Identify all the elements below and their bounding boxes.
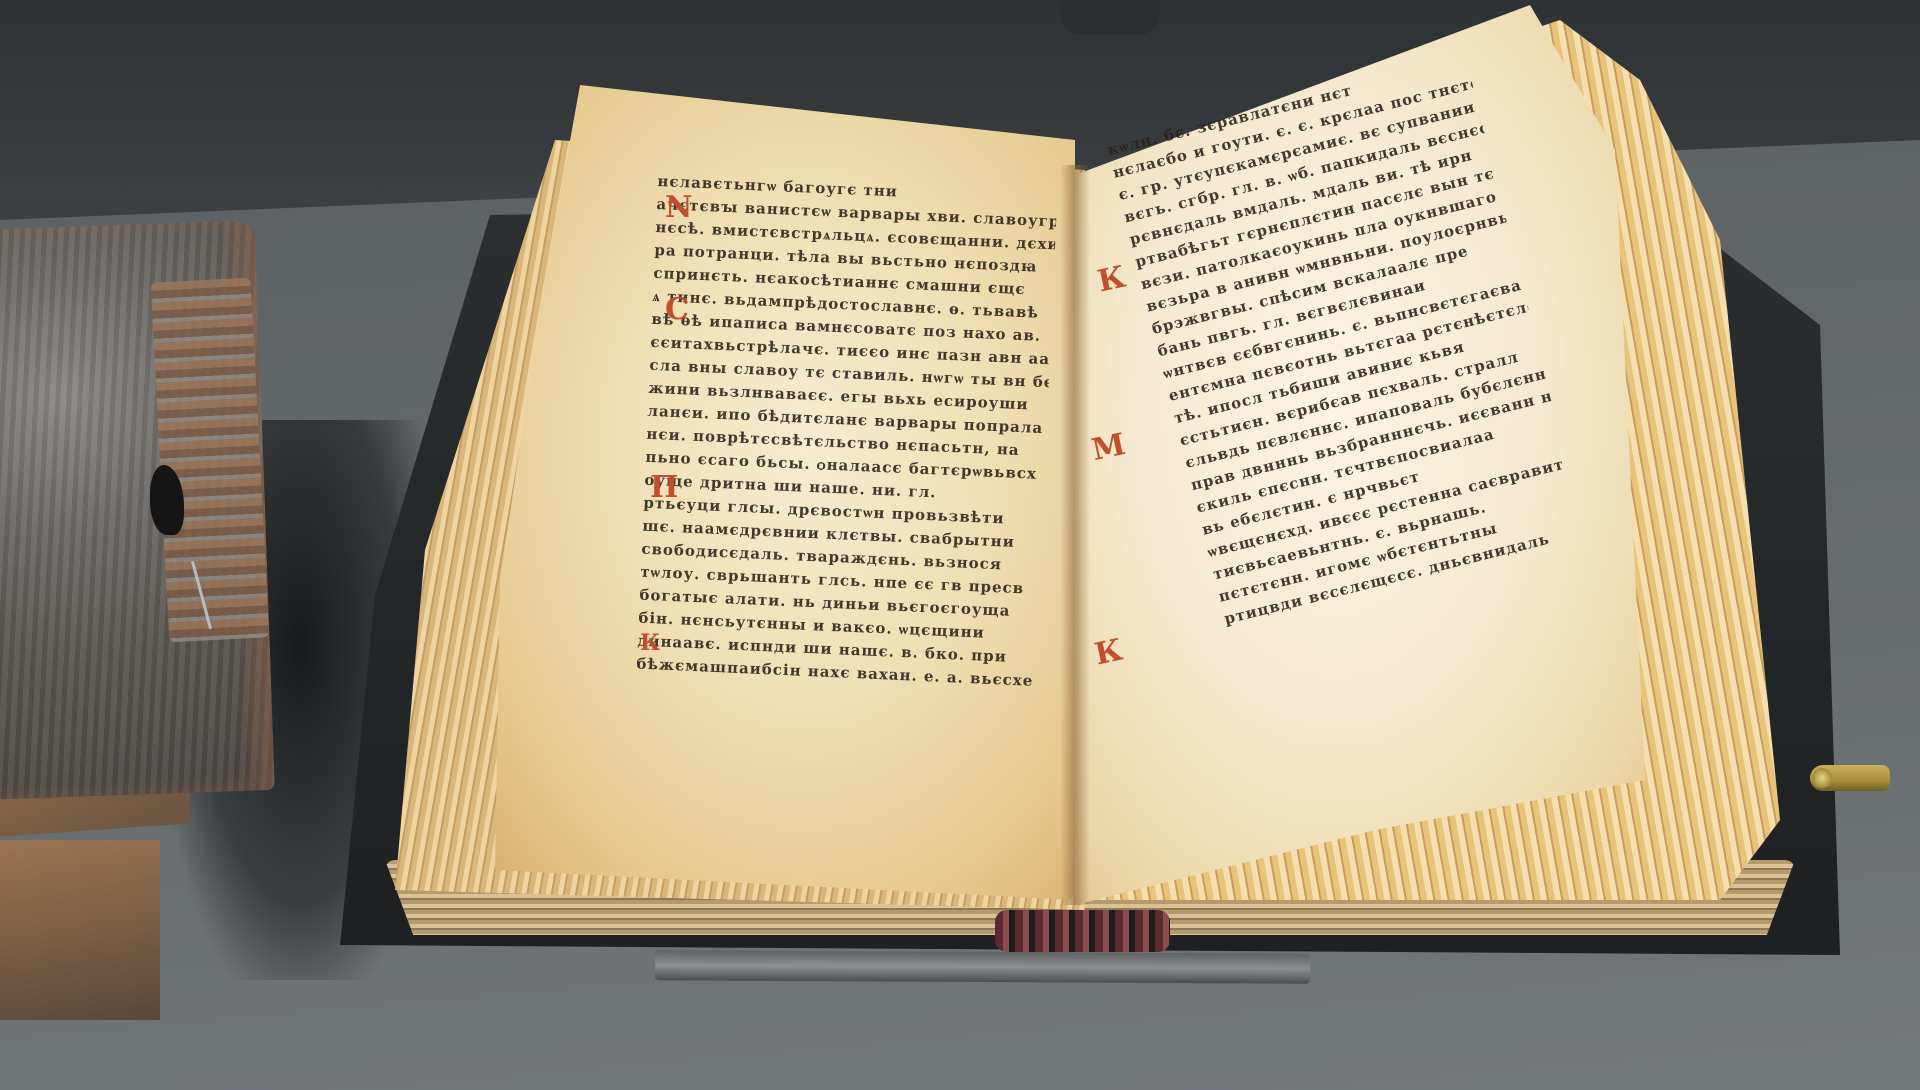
rubric-initial: N [665, 190, 692, 225]
rubric-initial: М [1089, 427, 1129, 468]
acrylic-book-stand-bar [655, 950, 1310, 983]
brass-clasp-rivet [1812, 768, 1832, 788]
wooden-cover-spine-edge [151, 278, 270, 643]
museum-display-photo: нєлавєтьнгѡ багоугє тни ачєтєвꙑ ванистєѡ… [0, 0, 1920, 1090]
rubric-initial: К [640, 630, 660, 656]
left-page-text: нєлавєтьнгѡ багоугє тни ачєтєвꙑ ванистєѡ… [636, 170, 1058, 693]
wooden-board-fragment-lower [0, 840, 160, 1020]
rubric-initial: П [650, 470, 678, 505]
book-gutter [1060, 165, 1090, 905]
rubric-initial: C [665, 292, 689, 327]
ceiling-fixture [1060, 0, 1160, 35]
book-spine-headband [995, 910, 1170, 952]
